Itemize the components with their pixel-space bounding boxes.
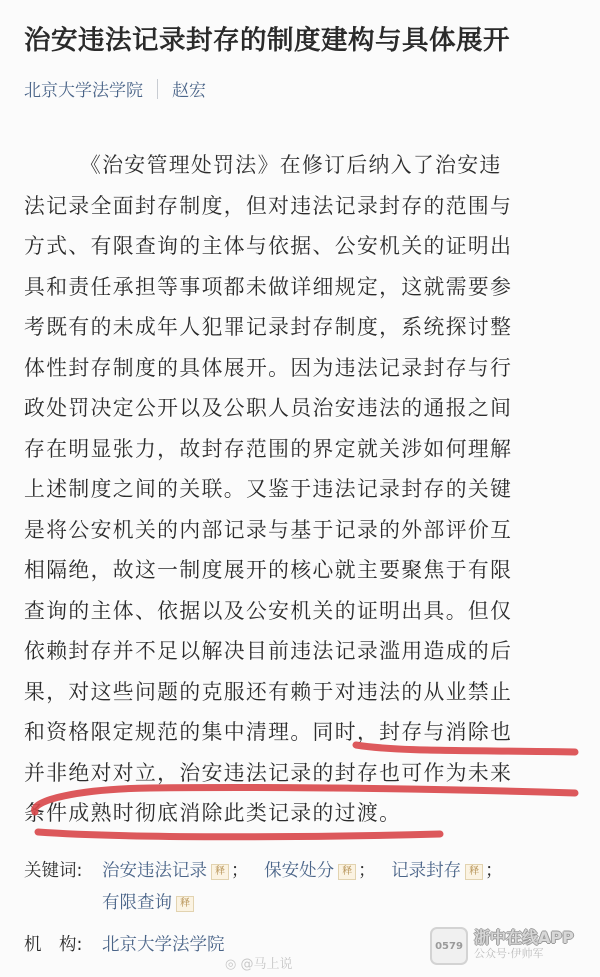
institution-value-link[interactable]: 北京大学法学院 [102,929,225,961]
abstract-line: 《治安管理处罚法》在修订后纳入了治安违 [24,145,584,186]
keyword-link[interactable]: 记录封存 [391,861,461,881]
byline-divider [157,79,158,99]
abstract-line: 条件成熟时彻底消除此类记录的过渡。 [24,793,584,834]
explain-tag[interactable]: 释 [338,864,356,880]
abstract-line: 政处罚决定公开以及公职人员治安违法的通报之间 [24,388,584,429]
keyword-link[interactable]: 保安处分 [264,861,334,881]
abstract-line: 依赖封存并不足以解决目前违法记录滥用造成的后 [24,631,584,672]
abstract-line: 果，对这些问题的克服还有赖于对违法的从业禁止 [24,672,584,713]
keyword-separator: ； [231,861,249,881]
author-link[interactable]: 赵宏 [172,76,206,101]
explain-tag[interactable]: 释 [465,864,483,880]
abstract-line: 查询的主体、依据以及公安机关的证明出具。但仅 [24,591,584,632]
abstract-line: 方式、有限查询的主体与依据、公安机关的证明出 [24,226,584,267]
institution-link[interactable]: 北京大学法学院 [24,76,143,101]
app-watermark: 0579 浙中在线APP 公众号·伊帅军 [430,927,574,965]
app-subtitle: 公众号·伊帅军 [474,946,574,962]
weibo-icon: ◎ [225,957,236,972]
weibo-handle: @马上说 [240,957,292,972]
keyword-link[interactable]: 有限查询 [102,893,172,913]
app-name: 浙中在线APP [474,930,574,946]
abstract-line: 和资格限定规范的集中清理。同时，封存与消除也 [24,712,584,753]
keyword-separator: ； [485,861,503,881]
explain-tag[interactable]: 释 [176,896,194,912]
abstract-line: 上述制度之间的关联。又鉴于违法记录封存的关键 [24,469,584,510]
abstract-line: 存在明显张力，故封存范围的界定就关涉如何理解 [24,429,584,470]
abstract-line: 是将公安机关的内部记录与基于记录的外部评价互 [24,510,584,551]
abstract-line: 相隔绝，故这一制度展开的核心就主要聚焦于有限 [24,550,584,591]
abstract-line: 具和责任承担等事项都未做详细规定，这就需要参 [24,267,584,308]
keywords-list: 治安违法记录释； 保安处分释； 记录封存释； 有限查询释 [102,855,584,919]
article-title: 治安违法记录封存的制度建构与具体展开 [24,18,510,57]
byline: 北京大学法学院 赵宏 [24,76,206,101]
weibo-watermark: ◎ @马上说 [225,953,293,972]
keywords-row: 关键词: 治安违法记录释； 保安处分释； 记录封存释； 有限查询释 [24,855,584,919]
explain-tag[interactable]: 释 [211,864,229,880]
institution-label: 机 构: [24,929,102,961]
keywords-label: 关键词: [24,855,102,919]
abstract-line: 体性封存制度的具体展开。因为违法记录封存与行 [24,348,584,389]
app-logo-icon: 0579 [430,927,468,965]
abstract-line: 考既有的未成年人犯罪记录封存制度，系统探讨整 [24,307,584,348]
keyword-link[interactable]: 治安违法记录 [102,861,207,881]
abstract-line: 并非绝对对立，治安违法记录的封存也可作为未来 [24,753,584,794]
abstract-line: 法记录全面封存制度，但对违法记录封存的范围与 [24,186,584,227]
keyword-separator: ； [358,861,376,881]
abstract: 《治安管理处罚法》在修订后纳入了治安违 法记录全面封存制度，但对违法记录封存的范… [24,145,584,834]
